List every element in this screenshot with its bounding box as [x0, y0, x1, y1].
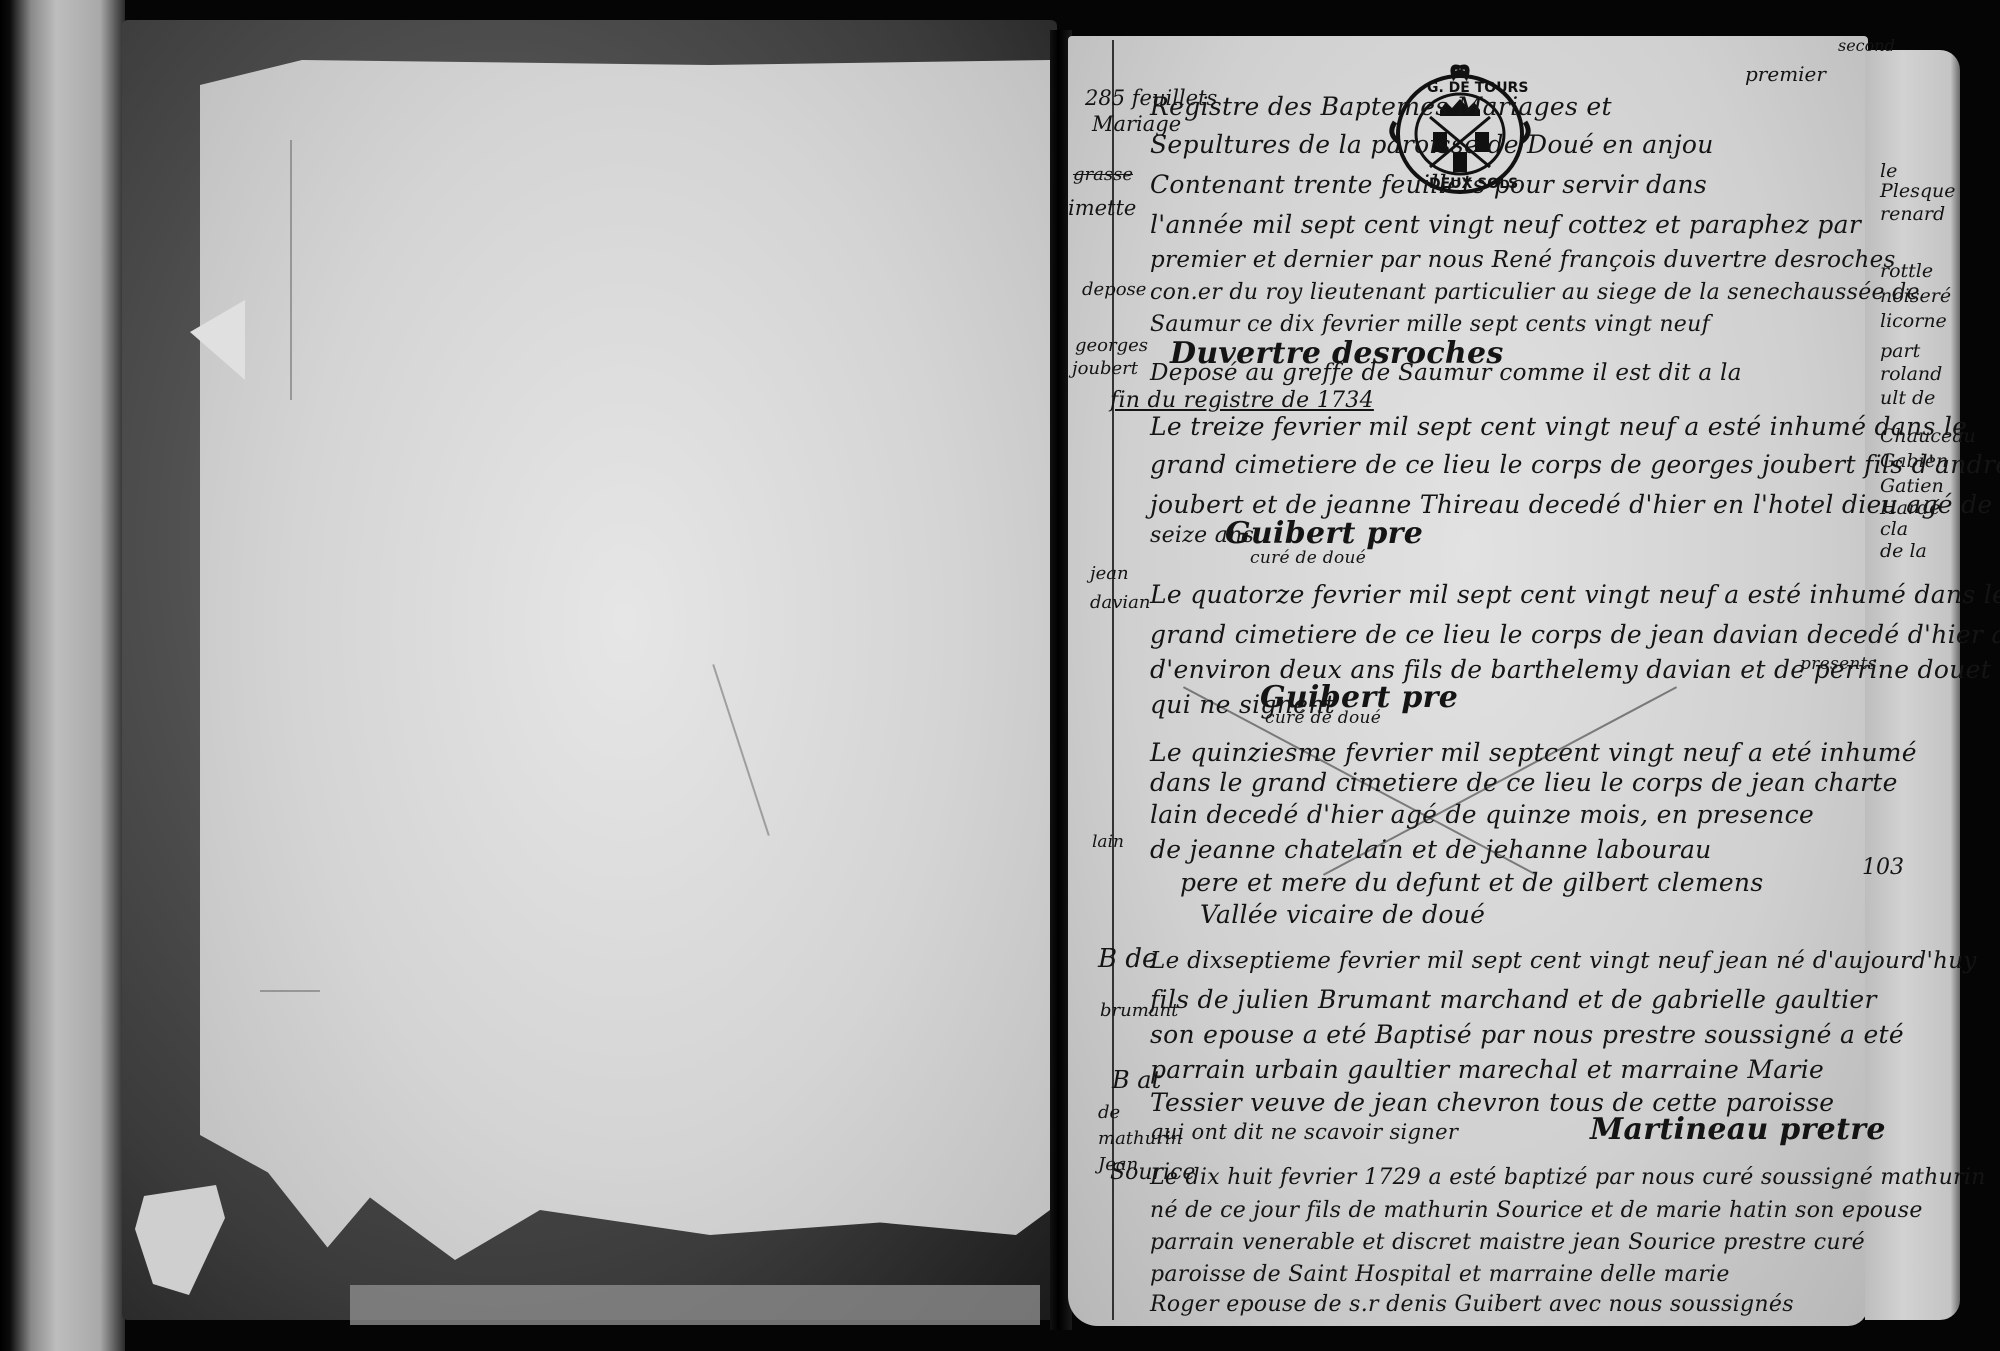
entry-line: Le dix huit fevrier 1729 a esté baptizé … [1150, 1165, 1986, 1190]
entry-line: parrain venerable et discret maistre jea… [1150, 1230, 1865, 1255]
right-margin-word: de la [1880, 540, 1927, 562]
margin-note: lain [1092, 832, 1124, 852]
presents-note: presents [1800, 654, 1877, 674]
heading-line: premier et dernier par nous René françoi… [1150, 247, 1896, 273]
right-margin-word: roland [1880, 363, 1942, 385]
header-corner-note: premier [1745, 62, 1826, 86]
entry-line: paroisse de Saint Hospital et marraine d… [1150, 1262, 1730, 1287]
right-margin-word: licorne [1880, 310, 1947, 332]
heading-line: Registre des Baptemes Mariages et [1150, 92, 1612, 121]
entry-line: fils de julien Brumant marchand et de ga… [1150, 985, 1877, 1014]
right-margin-word: Hardé [1880, 497, 1940, 519]
entry-line: de jeanne chatelain et de jehanne labour… [1150, 835, 1712, 864]
folio-mark: second [1838, 36, 1895, 55]
entry-line: parrain urbain gaultier marechal et marr… [1150, 1055, 1824, 1084]
right-margin-word: 103 [1862, 855, 1904, 880]
right-margin-word: ult de [1880, 387, 1935, 409]
deposit-note: fin du registre de 1734 [1110, 388, 1374, 413]
heading-line: Contenant trente feuillets pour servir d… [1150, 170, 1707, 199]
right-margin-word: cla [1880, 518, 1908, 540]
right-margin-word: Chauceau [1880, 425, 1976, 447]
entry-line: lain decedé d'hier agé de quinze mois, e… [1150, 800, 1814, 829]
heading-line: con.er du roy lieutenant particulier au … [1150, 280, 1920, 305]
deposit-note: Deposé au greffe de Saumur comme il est … [1150, 360, 1742, 386]
entry-line: Le treize fevrier mil sept cent vingt ne… [1150, 412, 1967, 441]
margin-note: depose [1082, 279, 1146, 300]
signature-title: curé de doué [1250, 548, 1366, 568]
right-margin-word: Gabien [1880, 450, 1948, 472]
entry-line: Le dixseptieme fevrier mil sept cent vin… [1150, 948, 1977, 974]
heading-line: l'année mil sept cent vingt neuf cottez … [1150, 210, 1861, 239]
signature-title: curé de doué [1265, 708, 1381, 728]
margin-note: davian [1090, 592, 1151, 613]
entry-line: grand cimetiere de ce lieu le corps de j… [1150, 620, 2000, 649]
right-margin-word: Gatien [1880, 475, 1944, 497]
paper-crack [260, 990, 320, 992]
right-margin-word: le [1880, 160, 1897, 182]
margin-note: grasse [1073, 164, 1133, 185]
entry-line: son epouse a eté Baptisé par nous prestr… [1150, 1020, 1904, 1049]
entry-line: dans le grand cimetiere de ce lieu le co… [1150, 768, 1898, 797]
right-margin-word: renard [1880, 203, 1945, 225]
left-binding-board [0, 0, 125, 1351]
paper-crack [712, 664, 770, 836]
right-margin-word: part [1880, 340, 1920, 362]
margin-note: B de [1098, 944, 1157, 974]
entry-line: pere et mere du defunt et de gilbert cle… [1180, 868, 1763, 897]
heading-line: Saumur ce dix fevrier mille sept cents v… [1150, 312, 1710, 337]
entry-line: grand cimetiere de ce lieu le corps de g… [1150, 450, 2000, 479]
entry-line: né de ce jour fils de mathurin Sourice e… [1150, 1198, 1923, 1223]
entry-line: joubert et de jeanne Thireau decedé d'hi… [1150, 490, 1993, 519]
paper-crack [290, 140, 292, 400]
signature: Guibert pre [1225, 516, 1423, 551]
margin-note: jean [1090, 563, 1129, 584]
entry-line: qui ont dit ne scavoir signer [1150, 1120, 1458, 1144]
entry-line: Roger epouse de s.r denis Guibert avec n… [1150, 1292, 1794, 1317]
left-page-blank [200, 60, 1050, 1310]
right-margin-word: Plesque [1880, 180, 1956, 202]
entry-line: Vallée vicaire de doué [1200, 900, 1485, 929]
underlying-page-strip [350, 1285, 1040, 1325]
right-margin-word: noiseré [1880, 285, 1951, 307]
margin-note: joubert [1072, 358, 1138, 379]
margin-note: imette [1068, 196, 1136, 220]
signature: Martineau pretre [1590, 1112, 1886, 1147]
heading-line: Sepultures de la paroisse de Doué en anj… [1150, 130, 1714, 159]
margin-note: georges [1075, 335, 1148, 356]
right-margin-word: rottle [1880, 260, 1933, 282]
entry-line: Le quatorze fevrier mil sept cent vingt … [1150, 580, 2000, 609]
